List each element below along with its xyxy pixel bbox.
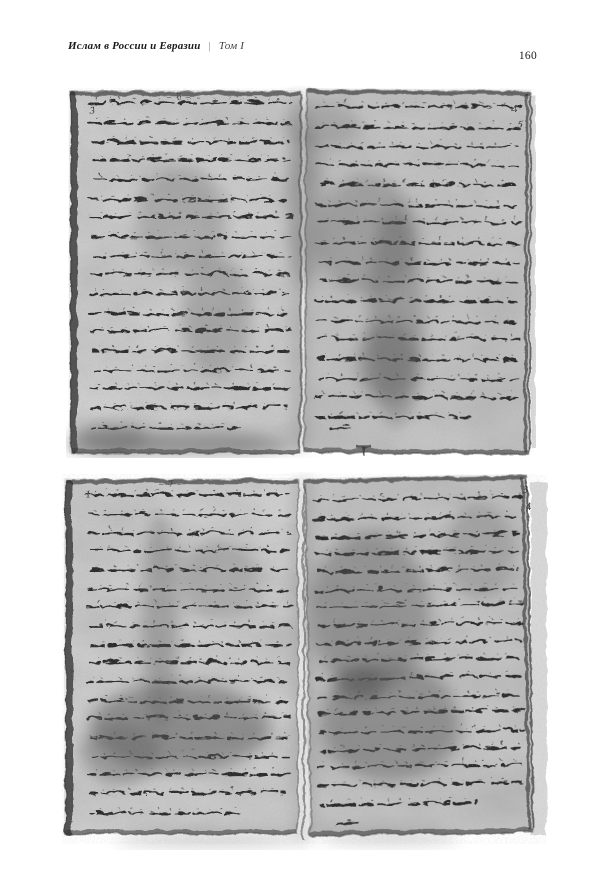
manuscript-render-bottom — [62, 474, 546, 845]
page-number: 160 — [0, 50, 537, 62]
pagination-mark-7: – 7 – — [157, 478, 184, 488]
corner-mark-right-4: 4 — [525, 500, 531, 512]
manuscript-spread-top: 3 – 6 – 4 5 — [66, 86, 536, 458]
pagination-mark-6: – 6 – — [165, 91, 192, 101]
manuscript-render-top — [66, 88, 535, 456]
folio-number-left: 3 — [88, 104, 95, 116]
corner-mark-right-1: 4 — [511, 102, 517, 114]
manuscript-spread-bottom: 1 – 7 – 3 4 — [60, 472, 548, 850]
corner-mark-right-3: 3 — [521, 484, 528, 496]
manuscript-photo-bottom: 1 – 7 – 3 4 — [60, 472, 548, 850]
book-page: { "header": { "book_title": "Ислам в Рос… — [0, 0, 603, 893]
folio-number-left-2: 1 — [85, 488, 91, 500]
corner-mark-right-2: 5 — [517, 118, 523, 130]
manuscript-photo-top: 3 – 6 – 4 5 — [66, 86, 536, 458]
